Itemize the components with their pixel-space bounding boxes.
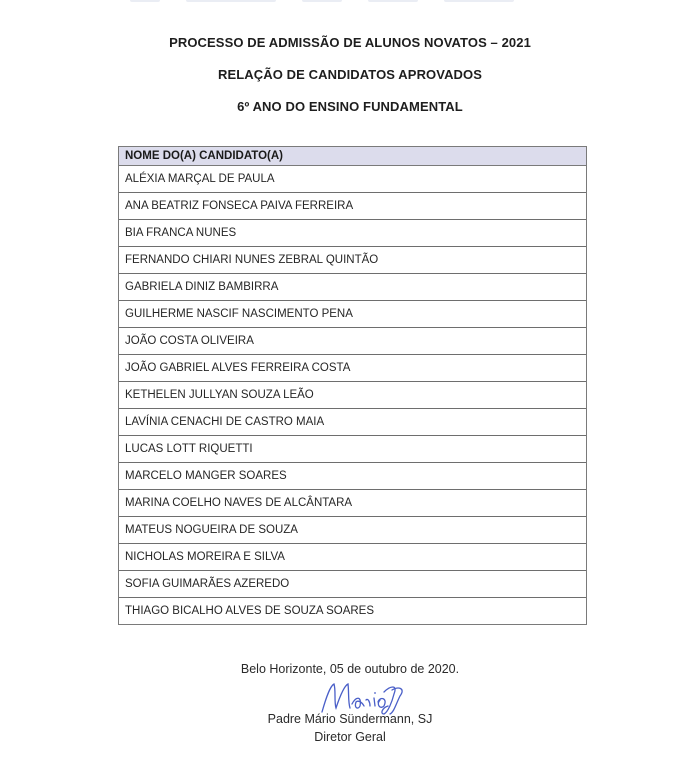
table-row: LAVÍNIA CENACHI DE CASTRO MAIA xyxy=(119,409,586,436)
document-subtitle: RELAÇÃO DE CANDIDATOS APROVADOS xyxy=(0,67,700,82)
signer-role: Diretor Geral xyxy=(0,730,700,744)
table-header: NOME DO(A) CANDIDATO(A) xyxy=(119,147,586,166)
bleed-through-marks xyxy=(130,0,550,6)
table-row: GUILHERME NASCIF NASCIMENTO PENA xyxy=(119,301,586,328)
place-date: Belo Horizonte, 05 de outubro de 2020. xyxy=(0,662,700,676)
table-row: ALÉXIA MARÇAL DE PAULA xyxy=(119,166,586,193)
table-row: NICHOLAS MOREIRA E SILVA xyxy=(119,544,586,571)
table-row: FERNANDO CHIARI NUNES ZEBRAL QUINTÃO xyxy=(119,247,586,274)
table-row: THIAGO BICALHO ALVES DE SOUZA SOARES xyxy=(119,598,586,624)
table-row: KETHELEN JULLYAN SOUZA LEÃO xyxy=(119,382,586,409)
table-row: ANA BEATRIZ FONSECA PAIVA FERREIRA xyxy=(119,193,586,220)
table-row: SOFIA GUIMARÃES AZEREDO xyxy=(119,571,586,598)
table-row: MARINA COELHO NAVES DE ALCÂNTARA xyxy=(119,490,586,517)
table-row: JOÃO COSTA OLIVEIRA xyxy=(119,328,586,355)
table-row: BIA FRANCA NUNES xyxy=(119,220,586,247)
approved-candidates-table: NOME DO(A) CANDIDATO(A) ALÉXIA MARÇAL DE… xyxy=(118,146,587,625)
signer-name: Padre Mário Sündermann, SJ xyxy=(0,712,700,726)
document-grade: 6º ANO DO ENSINO FUNDAMENTAL xyxy=(0,99,700,114)
table-row: LUCAS LOTT RIQUETTI xyxy=(119,436,586,463)
table-row: GABRIELA DINIZ BAMBIRRA xyxy=(119,274,586,301)
table-row: JOÃO GABRIEL ALVES FERREIRA COSTA xyxy=(119,355,586,382)
table-row: MATEUS NOGUEIRA DE SOUZA xyxy=(119,517,586,544)
table-row: MARCELO MANGER SOARES xyxy=(119,463,586,490)
document-title: PROCESSO DE ADMISSÃO DE ALUNOS NOVATOS –… xyxy=(0,35,700,50)
